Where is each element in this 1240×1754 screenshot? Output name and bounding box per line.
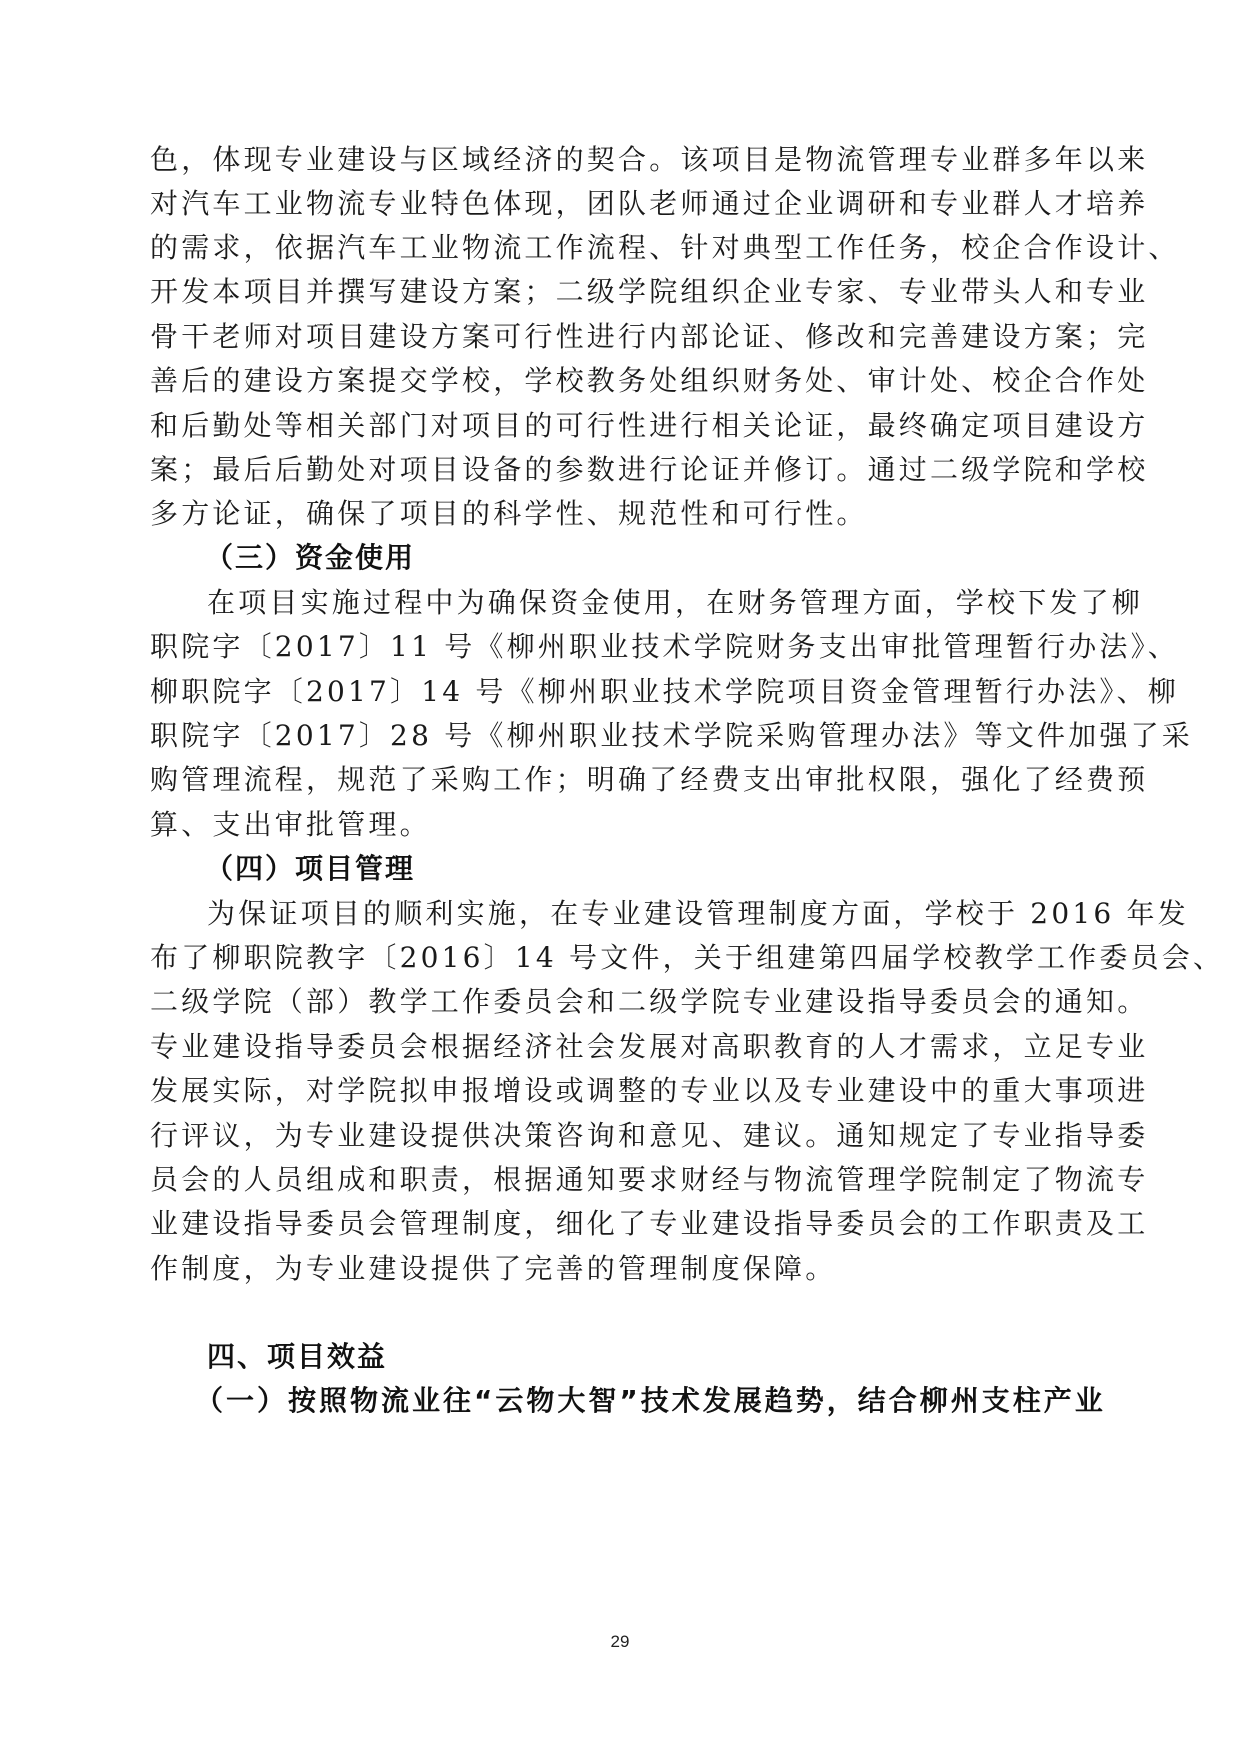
paragraph-line: 职院字〔2017〕11 号《柳州职业技术学院财务支出审批管理暂行办法》、 <box>150 630 1090 664</box>
subsection-heading-management: （四）项目管理 <box>205 852 1145 886</box>
paragraph-line: 专业建设指导委员会根据经济社会发展对高职教育的人才需求，立足专业 <box>150 1030 1090 1064</box>
paragraph-line: 柳职院字〔2017〕14 号《柳州职业技术学院项目资金管理暂行办法》、柳 <box>150 675 1090 709</box>
paragraph-line: 的需求，依据汽车工业物流工作流程、针对典型工作任务，校企合作设计、 <box>150 231 1090 265</box>
paragraph-line: 职院字〔2017〕28 号《柳州职业技术学院采购管理办法》等文件加强了采 <box>150 719 1090 753</box>
subsection-heading-trend: （一）按照物流业往“云物大智”技术发展趋势，结合柳州支柱产业 <box>195 1384 1135 1418</box>
page-number: 29 <box>0 1632 1240 1652</box>
paragraph-line: 为保证项目的顺利实施，在专业建设管理制度方面，学校于 2016 年发 <box>207 897 1147 931</box>
paragraph-line: 善后的建设方案提交学校，学校教务处组织财务处、审计处、校企合作处 <box>150 364 1090 398</box>
paragraph-line: 多方论证，确保了项目的科学性、规范性和可行性。 <box>150 497 1090 531</box>
paragraph-line: 在项目实施过程中为确保资金使用，在财务管理方面，学校下发了柳 <box>207 586 1147 620</box>
paragraph-line: 员会的人员组成和职责，根据通知要求财经与物流管理学院制定了物流专 <box>150 1163 1090 1197</box>
paragraph-line: 算、支出审批管理。 <box>150 808 1090 842</box>
paragraph-line: 二级学院（部）教学工作委员会和二级学院专业建设指导委员会的通知。 <box>150 985 1090 1019</box>
paragraph-line: 购管理流程，规范了采购工作；明确了经费支出审批权限，强化了经费预 <box>150 763 1090 797</box>
paragraph-line: 行评议，为专业建设提供决策咨询和意见、建议。通知规定了专业指导委 <box>150 1119 1090 1153</box>
paragraph-line: 骨干老师对项目建设方案可行性进行内部论证、修改和完善建设方案；完 <box>150 320 1090 354</box>
paragraph-line: 对汽车工业物流专业特色体现，团队老师通过企业调研和专业群人才培养 <box>150 187 1090 221</box>
paragraph-line: 开发本项目并撰写建设方案；二级学院组织企业专家、专业带头人和专业 <box>150 275 1090 309</box>
section-heading-benefits: 四、项目效益 <box>207 1340 1147 1374</box>
paragraph-line: 作制度，为专业建设提供了完善的管理制度保障。 <box>150 1252 1090 1286</box>
subsection-heading-funds: （三）资金使用 <box>205 541 1145 575</box>
paragraph-line: 案；最后后勤处对项目设备的参数进行论证并修订。通过二级学院和学校 <box>150 453 1090 487</box>
paragraph-line: 布了柳职院教字〔2016〕14 号文件，关于组建第四届学校教学工作委员会、 <box>150 941 1090 975</box>
paragraph-line: 发展实际，对学院拟申报增设或调整的专业以及专业建设中的重大事项进 <box>150 1074 1090 1108</box>
paragraph-line: 色，体现专业建设与区域经济的契合。该项目是物流管理专业群多年以来 <box>150 143 1090 177</box>
document-page: 色，体现专业建设与区域经济的契合。该项目是物流管理专业群多年以来 对汽车工业物流… <box>0 0 1240 1754</box>
paragraph-line: 业建设指导委员会管理制度，细化了专业建设指导委员会的工作职责及工 <box>150 1207 1090 1241</box>
paragraph-line: 和后勤处等相关部门对项目的可行性进行相关论证，最终确定项目建设方 <box>150 409 1090 443</box>
